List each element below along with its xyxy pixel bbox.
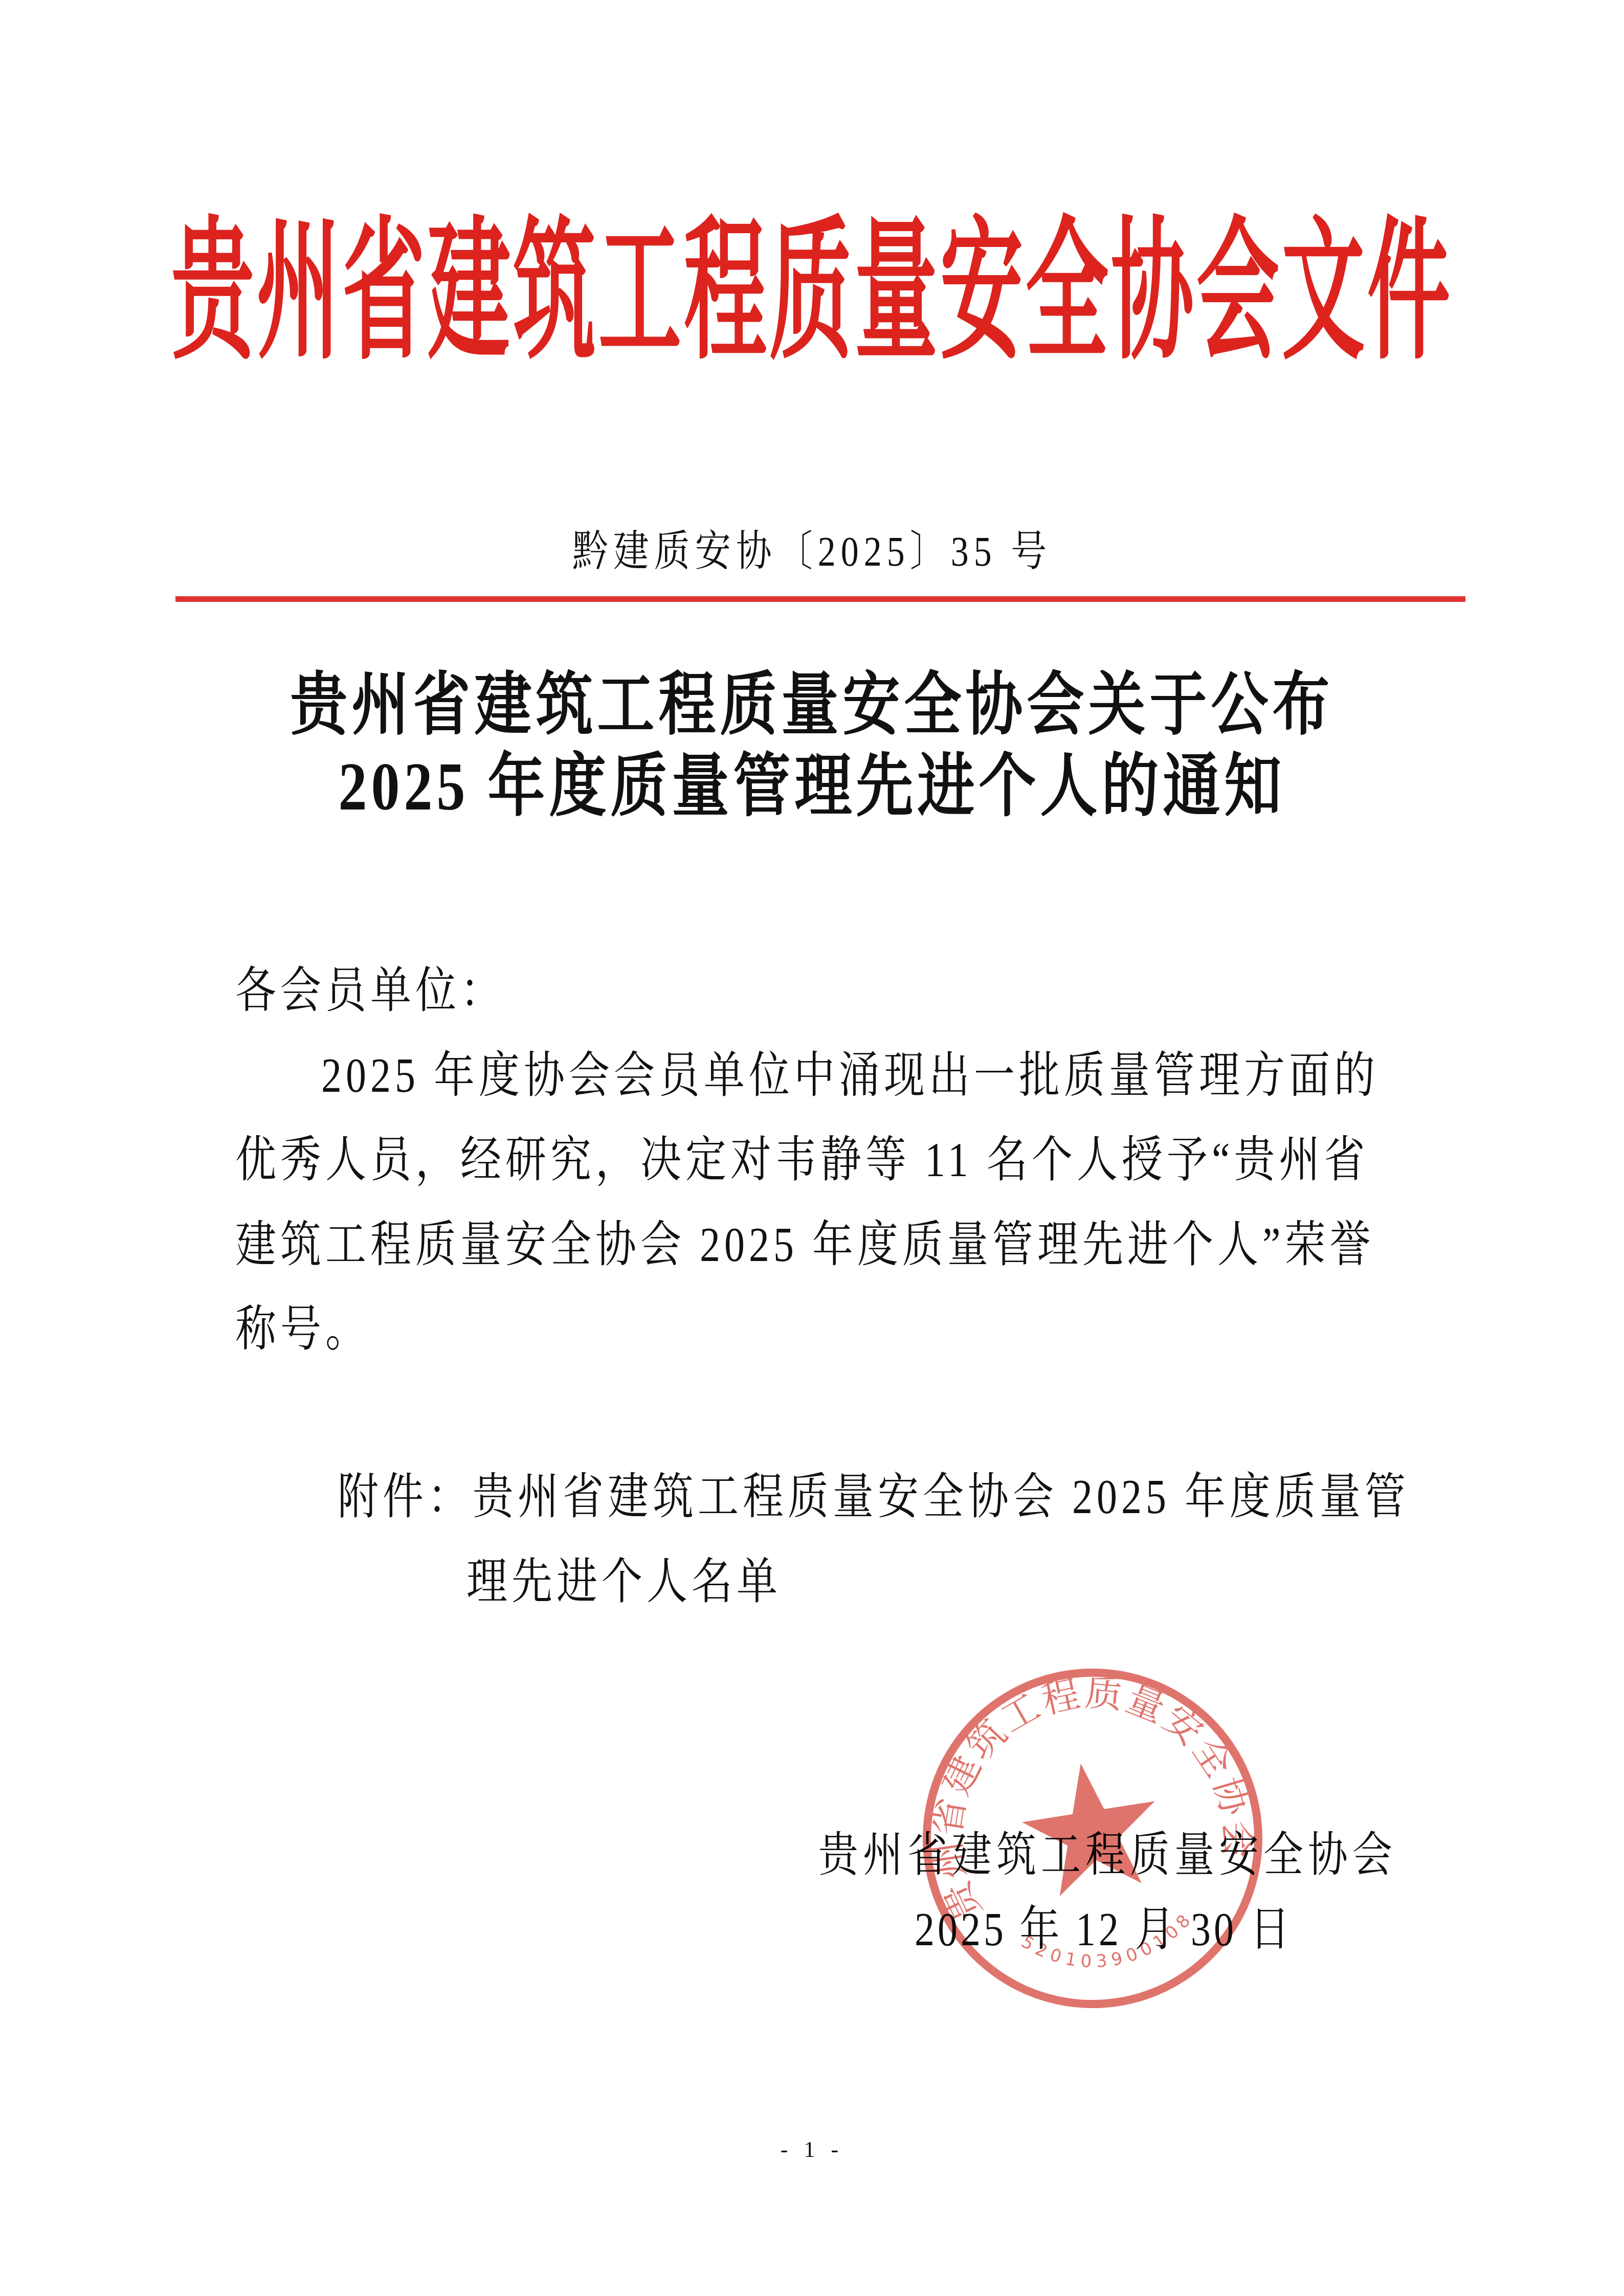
body-paragraph-line: 建筑工程质量安全协会 2025 年度质量管理先进个人”荣誉	[235, 1203, 1412, 1288]
stamp-serial-number: 520103900108	[1015, 1905, 1204, 1985]
body-paragraph-line: 称号。	[235, 1287, 1412, 1372]
official-seal-stamp: 贵州省建筑工程质量安全协会 520103900108	[893, 1634, 1292, 2042]
attachment-line-2: 理先进个人名单	[235, 1540, 1412, 1625]
body-paragraph-line: 2025 年度协会会员单位中涌现出一批质量管理方面的	[235, 1033, 1412, 1118]
notice-title-line-1: 贵州省建筑工程质量安全协会关于公布	[0, 665, 1624, 747]
star-icon	[1014, 1753, 1167, 1900]
document-page: 贵州省建筑工程质量安全协会文件 黔建质安协〔2025〕35 号 贵州省建筑工程质…	[0, 0, 1624, 2296]
body-paragraph-line: 优秀人员，经研究，决定对韦静等 11 名个人授予“贵州省	[235, 1118, 1412, 1203]
body-text: 各会员单位： 2025 年度协会会员单位中涌现出一批质量管理方面的 优秀人员，经…	[235, 949, 1412, 1372]
notice-title-line-2: 2025 年度质量管理先进个人的通知	[0, 747, 1624, 828]
red-divider-line	[175, 596, 1465, 602]
page-number: - 1 -	[0, 2136, 1624, 2163]
notice-title: 贵州省建筑工程质量安全协会关于公布 2025 年度质量管理先进个人的通知	[0, 665, 1624, 828]
document-number: 黔建质安协〔2025〕35 号	[0, 517, 1624, 578]
salutation: 各会员单位：	[235, 949, 1412, 1033]
stamp-serial-holder: 520103900108	[1015, 1905, 1204, 1985]
letterhead-org-title: 贵州省建筑工程质量安全协会文件	[0, 214, 1624, 375]
attachment-line-1: 附件：贵州省建筑工程质量安全协会 2025 年度质量管	[235, 1455, 1412, 1540]
attachment-note: 附件：贵州省建筑工程质量安全协会 2025 年度质量管 理先进个人名单	[235, 1455, 1412, 1624]
